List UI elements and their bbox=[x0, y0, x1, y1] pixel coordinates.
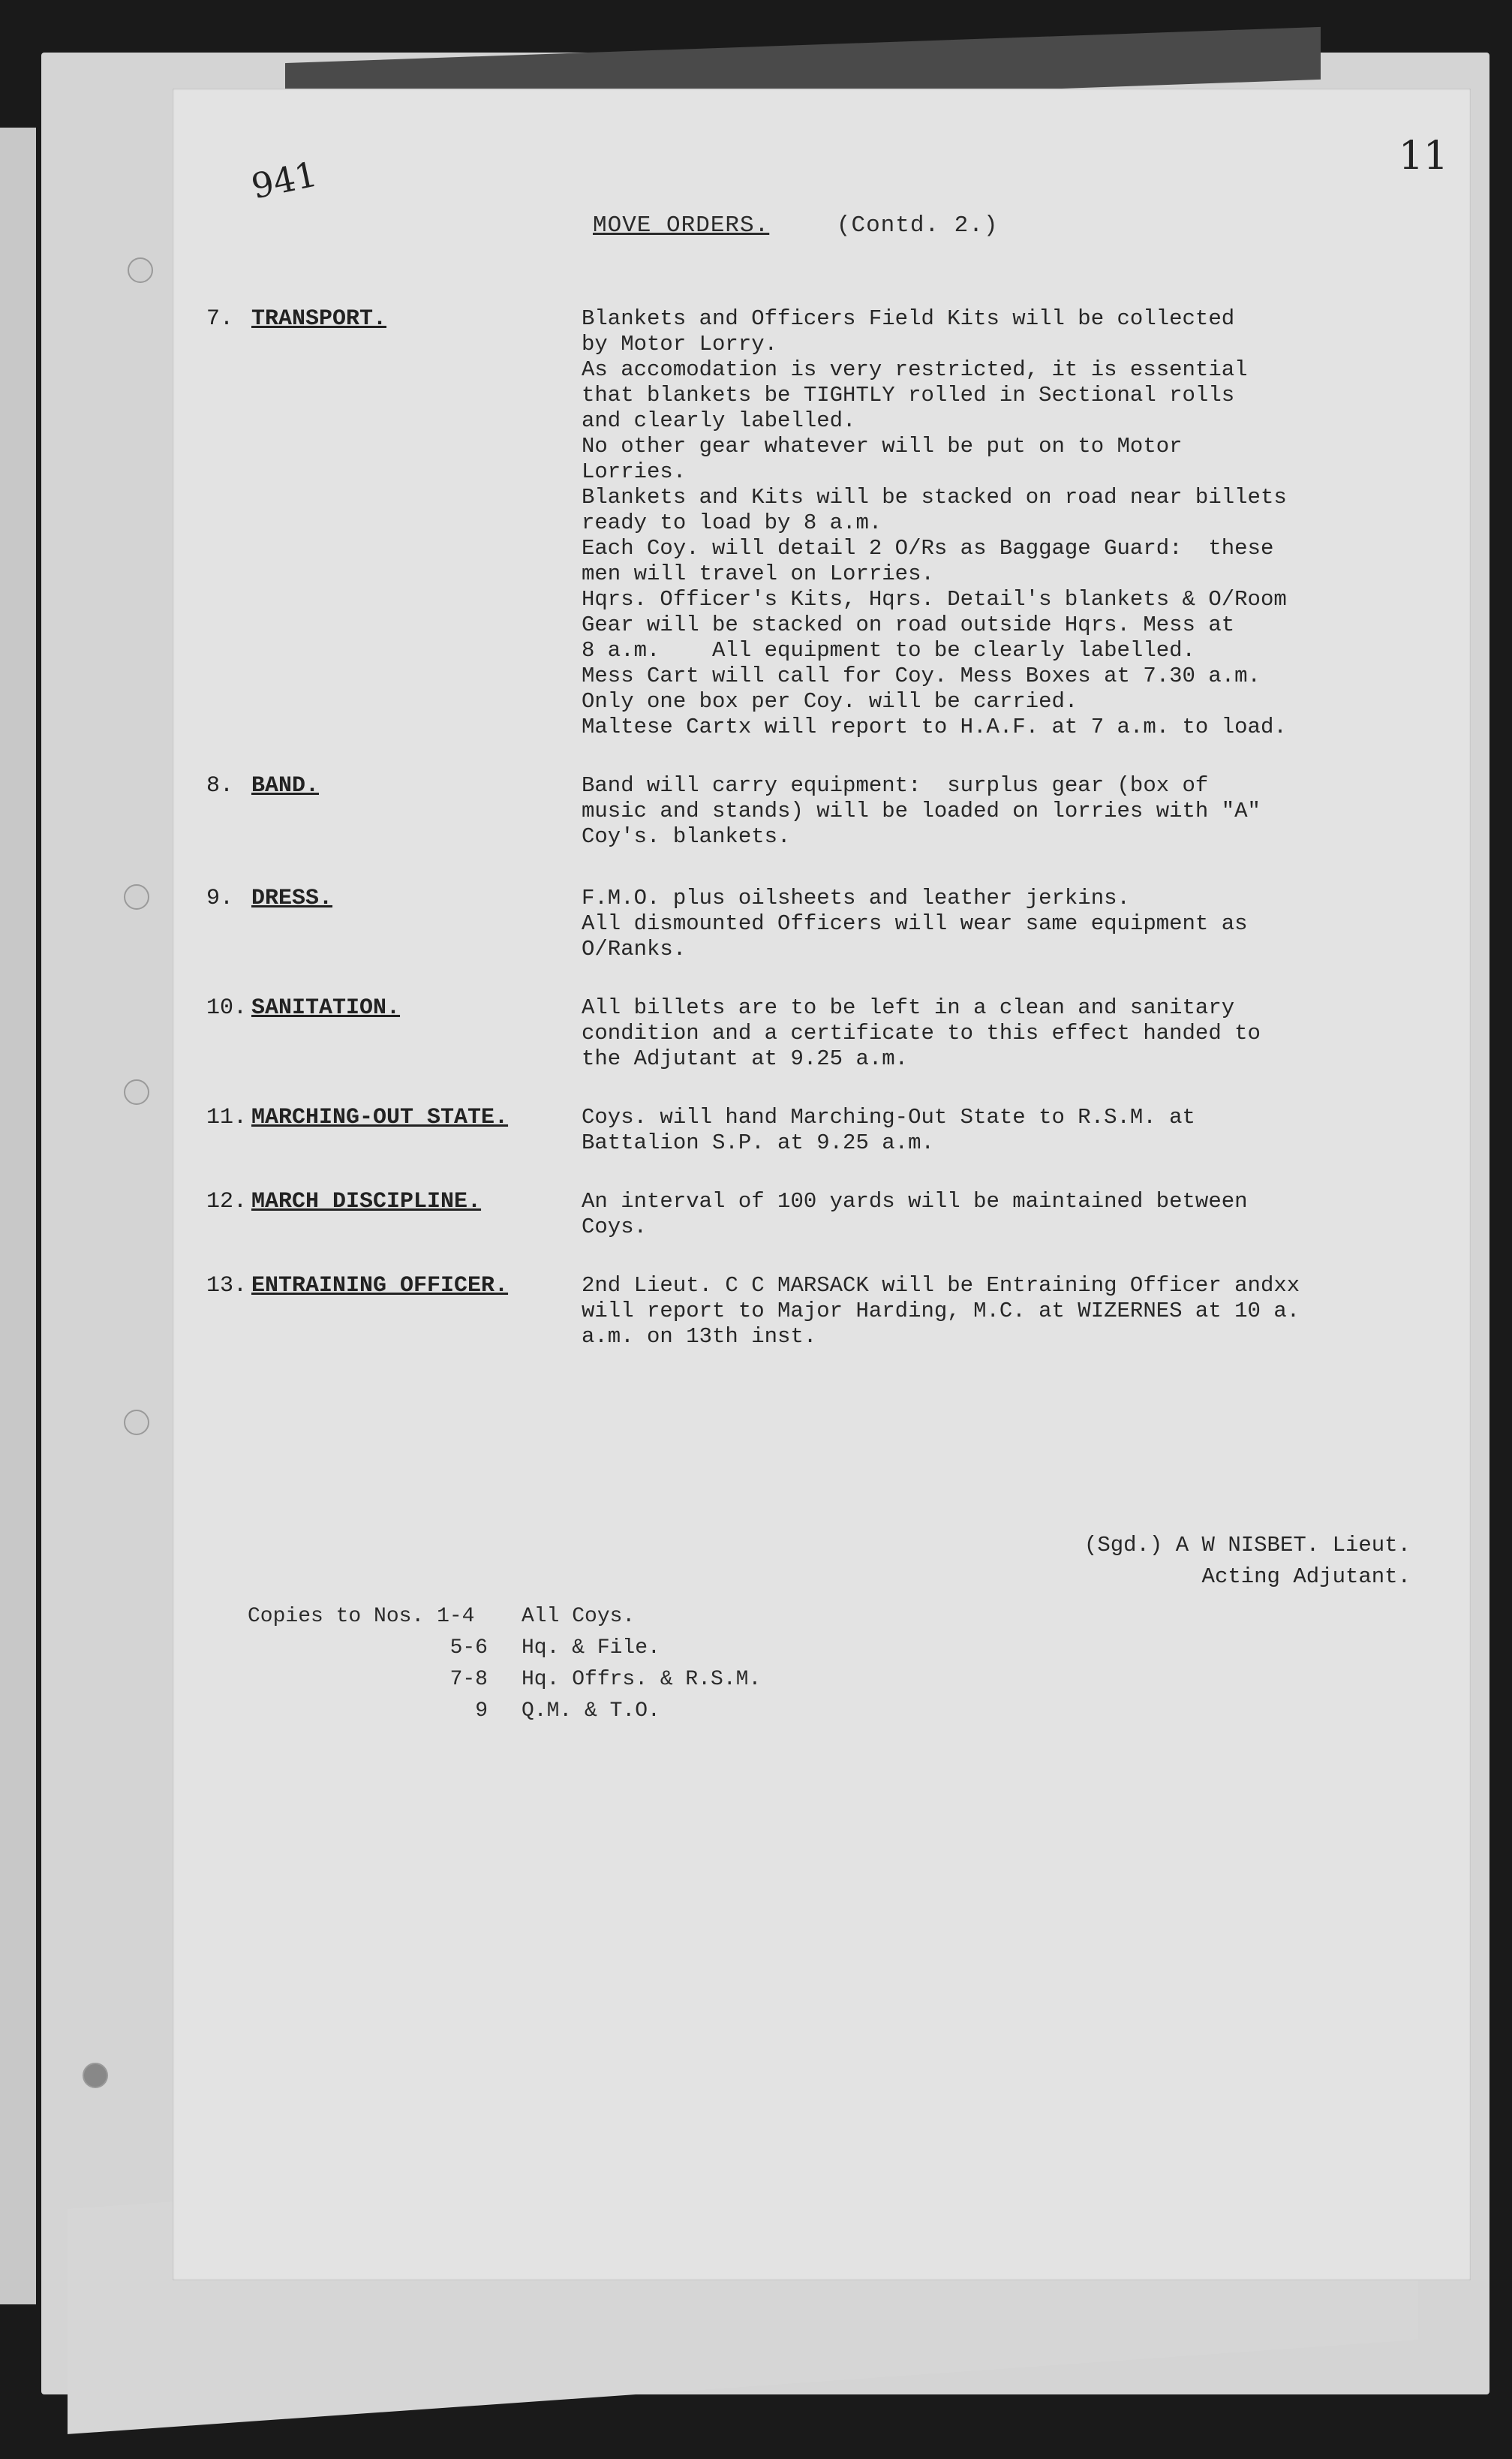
distribution-row: 5-6 Hq. & File. bbox=[248, 1633, 761, 1664]
section-number: 7. bbox=[206, 306, 251, 740]
section-number: 8. bbox=[206, 773, 251, 850]
body-line: 2nd Lieut. C C MARSACK will be Entrainin… bbox=[582, 1273, 1437, 1299]
body-line: the Adjutant at 9.25 a.m. bbox=[582, 1046, 1437, 1072]
body-line: Hqrs. Officer's Kits, Hqrs. Detail's bla… bbox=[582, 587, 1437, 612]
punch-hole-icon bbox=[128, 257, 153, 283]
document-page: 941 11 MOVE ORDERS. (Contd. 2.) 7. TRANS… bbox=[173, 89, 1471, 2280]
body-line: condition and a certificate to this effe… bbox=[582, 1021, 1437, 1046]
body-line: Lorries. bbox=[582, 459, 1437, 485]
body-line: F.M.O. plus oilsheets and leather jerkin… bbox=[582, 886, 1437, 911]
section-body: Coys. will hand Marching-Out State to R.… bbox=[582, 1105, 1437, 1156]
section-number: 10. bbox=[206, 995, 251, 1072]
body-line: Coys. will hand Marching-Out State to R.… bbox=[582, 1105, 1437, 1130]
body-line: All billets are to be left in a clean an… bbox=[582, 995, 1437, 1021]
section-body: An interval of 100 yards will be maintai… bbox=[582, 1189, 1437, 1240]
body-line: All dismounted Officers will wear same e… bbox=[582, 911, 1437, 937]
document-title: MOVE ORDERS. (Contd. 2.) bbox=[593, 212, 999, 239]
body-line: Each Coy. will detail 2 O/Rs as Baggage … bbox=[582, 536, 1437, 561]
body-line: Blankets and Kits will be stacked on roa… bbox=[582, 485, 1437, 510]
body-line: 8 a.m. All equipment to be clearly label… bbox=[582, 638, 1437, 664]
handwritten-folio-number: 941 bbox=[248, 153, 320, 206]
punch-hole-icon bbox=[124, 884, 149, 910]
section-body: Blankets and Officers Field Kits will be… bbox=[582, 306, 1437, 740]
body-line: ready to load by 8 a.m. bbox=[582, 510, 1437, 536]
body-line: by Motor Lorry. bbox=[582, 332, 1437, 357]
distribution-label: Copies to Nos. 1-4 bbox=[248, 1601, 522, 1633]
distribution-recipient: Hq. Offrs. & R.S.M. bbox=[522, 1664, 761, 1696]
body-line: men will travel on Lorries. bbox=[582, 561, 1437, 587]
distribution-row: 9 Q.M. & T.O. bbox=[248, 1696, 761, 1727]
body-line: will report to Major Harding, M.C. at WI… bbox=[582, 1299, 1437, 1324]
body-line: music and stands) will be loaded on lorr… bbox=[582, 799, 1437, 824]
section-transport: 7. TRANSPORT. Blankets and Officers Fiel… bbox=[206, 306, 1437, 740]
section-dress: 9. DRESS. F.M.O. plus oilsheets and leat… bbox=[206, 886, 1437, 962]
section-number: 13. bbox=[206, 1273, 251, 1350]
section-sanitation: 10. SANITATION. All billets are to be le… bbox=[206, 995, 1437, 1072]
body-line: a.m. on 13th inst. bbox=[582, 1324, 1437, 1350]
section-body: All billets are to be left in a clean an… bbox=[582, 995, 1437, 1072]
signatory: (Sgd.) A W NISBET. Lieut. bbox=[1084, 1530, 1411, 1561]
distribution-list: Copies to Nos. 1-4 All Coys. 5-6 Hq. & F… bbox=[248, 1601, 761, 1727]
punch-hole-icon bbox=[83, 2063, 108, 2088]
section-body: Band will carry equipment: surplus gear … bbox=[582, 773, 1437, 850]
signatory-role: Acting Adjutant. bbox=[1084, 1561, 1411, 1593]
distribution-numbers: 9 bbox=[248, 1696, 522, 1727]
section-number: 12. bbox=[206, 1189, 251, 1240]
section-march-discipline: 12. MARCH DISCIPLINE. An interval of 100… bbox=[206, 1189, 1437, 1240]
signature-block: (Sgd.) A W NISBET. Lieut. Acting Adjutan… bbox=[1084, 1530, 1411, 1593]
section-body: F.M.O. plus oilsheets and leather jerkin… bbox=[582, 886, 1437, 962]
distribution-numbers: 5-6 bbox=[248, 1633, 522, 1664]
distribution-recipient: All Coys. bbox=[522, 1601, 635, 1633]
punch-hole-icon bbox=[124, 1079, 149, 1105]
section-entraining-officer: 13. ENTRAINING OFFICER. 2nd Lieut. C C M… bbox=[206, 1273, 1437, 1350]
section-heading: ENTRAINING OFFICER. bbox=[251, 1273, 582, 1350]
body-line: Blankets and Officers Field Kits will be… bbox=[582, 306, 1437, 332]
punch-hole-icon bbox=[124, 1410, 149, 1435]
section-body: 2nd Lieut. C C MARSACK will be Entrainin… bbox=[582, 1273, 1437, 1350]
body-line: Coy's. blankets. bbox=[582, 824, 1437, 850]
body-line: An interval of 100 yards will be maintai… bbox=[582, 1189, 1437, 1214]
section-heading: MARCH DISCIPLINE. bbox=[251, 1189, 582, 1240]
page-number: 11 bbox=[1399, 134, 1448, 179]
body-line: that blankets be TIGHTLY rolled in Secti… bbox=[582, 383, 1437, 408]
body-line: No other gear whatever will be put on to… bbox=[582, 434, 1437, 459]
section-heading: SANITATION. bbox=[251, 995, 582, 1072]
section-number: 9. bbox=[206, 886, 251, 962]
body-line: Mess Cart will call for Coy. Mess Boxes … bbox=[582, 664, 1437, 689]
body-line: Only one box per Coy. will be carried. bbox=[582, 689, 1437, 715]
body-line: As accomodation is very restricted, it i… bbox=[582, 357, 1437, 383]
section-heading: BAND. bbox=[251, 773, 582, 850]
distribution-recipient: Hq. & File. bbox=[522, 1633, 660, 1664]
adjacent-sheet-left bbox=[0, 128, 36, 2304]
distribution-numbers: 7-8 bbox=[248, 1664, 522, 1696]
body-line: Coys. bbox=[582, 1214, 1437, 1240]
body-line: Battalion S.P. at 9.25 a.m. bbox=[582, 1130, 1437, 1156]
section-band: 8. BAND. Band will carry equipment: surp… bbox=[206, 773, 1437, 850]
section-heading: DRESS. bbox=[251, 886, 582, 962]
section-heading: MARCHING-OUT STATE. bbox=[251, 1105, 582, 1156]
distribution-row: Copies to Nos. 1-4 All Coys. bbox=[248, 1601, 761, 1633]
order-sections: 7. TRANSPORT. Blankets and Officers Fiel… bbox=[206, 306, 1437, 1380]
section-marching-out-state: 11. MARCHING-OUT STATE. Coys. will hand … bbox=[206, 1105, 1437, 1156]
section-heading: TRANSPORT. bbox=[251, 306, 582, 740]
body-line: and clearly labelled. bbox=[582, 408, 1437, 434]
title-main: MOVE ORDERS. bbox=[593, 212, 769, 239]
body-line: Band will carry equipment: surplus gear … bbox=[582, 773, 1437, 799]
distribution-row: 7-8 Hq. Offrs. & R.S.M. bbox=[248, 1664, 761, 1696]
section-number: 11. bbox=[206, 1105, 251, 1156]
body-line: O/Ranks. bbox=[582, 937, 1437, 962]
body-line: Maltese Cartx will report to H.A.F. at 7… bbox=[582, 715, 1437, 740]
title-continued: (Contd. 2.) bbox=[837, 212, 999, 239]
distribution-recipient: Q.M. & T.O. bbox=[522, 1696, 660, 1727]
body-line: Gear will be stacked on road outside Hqr… bbox=[582, 612, 1437, 638]
